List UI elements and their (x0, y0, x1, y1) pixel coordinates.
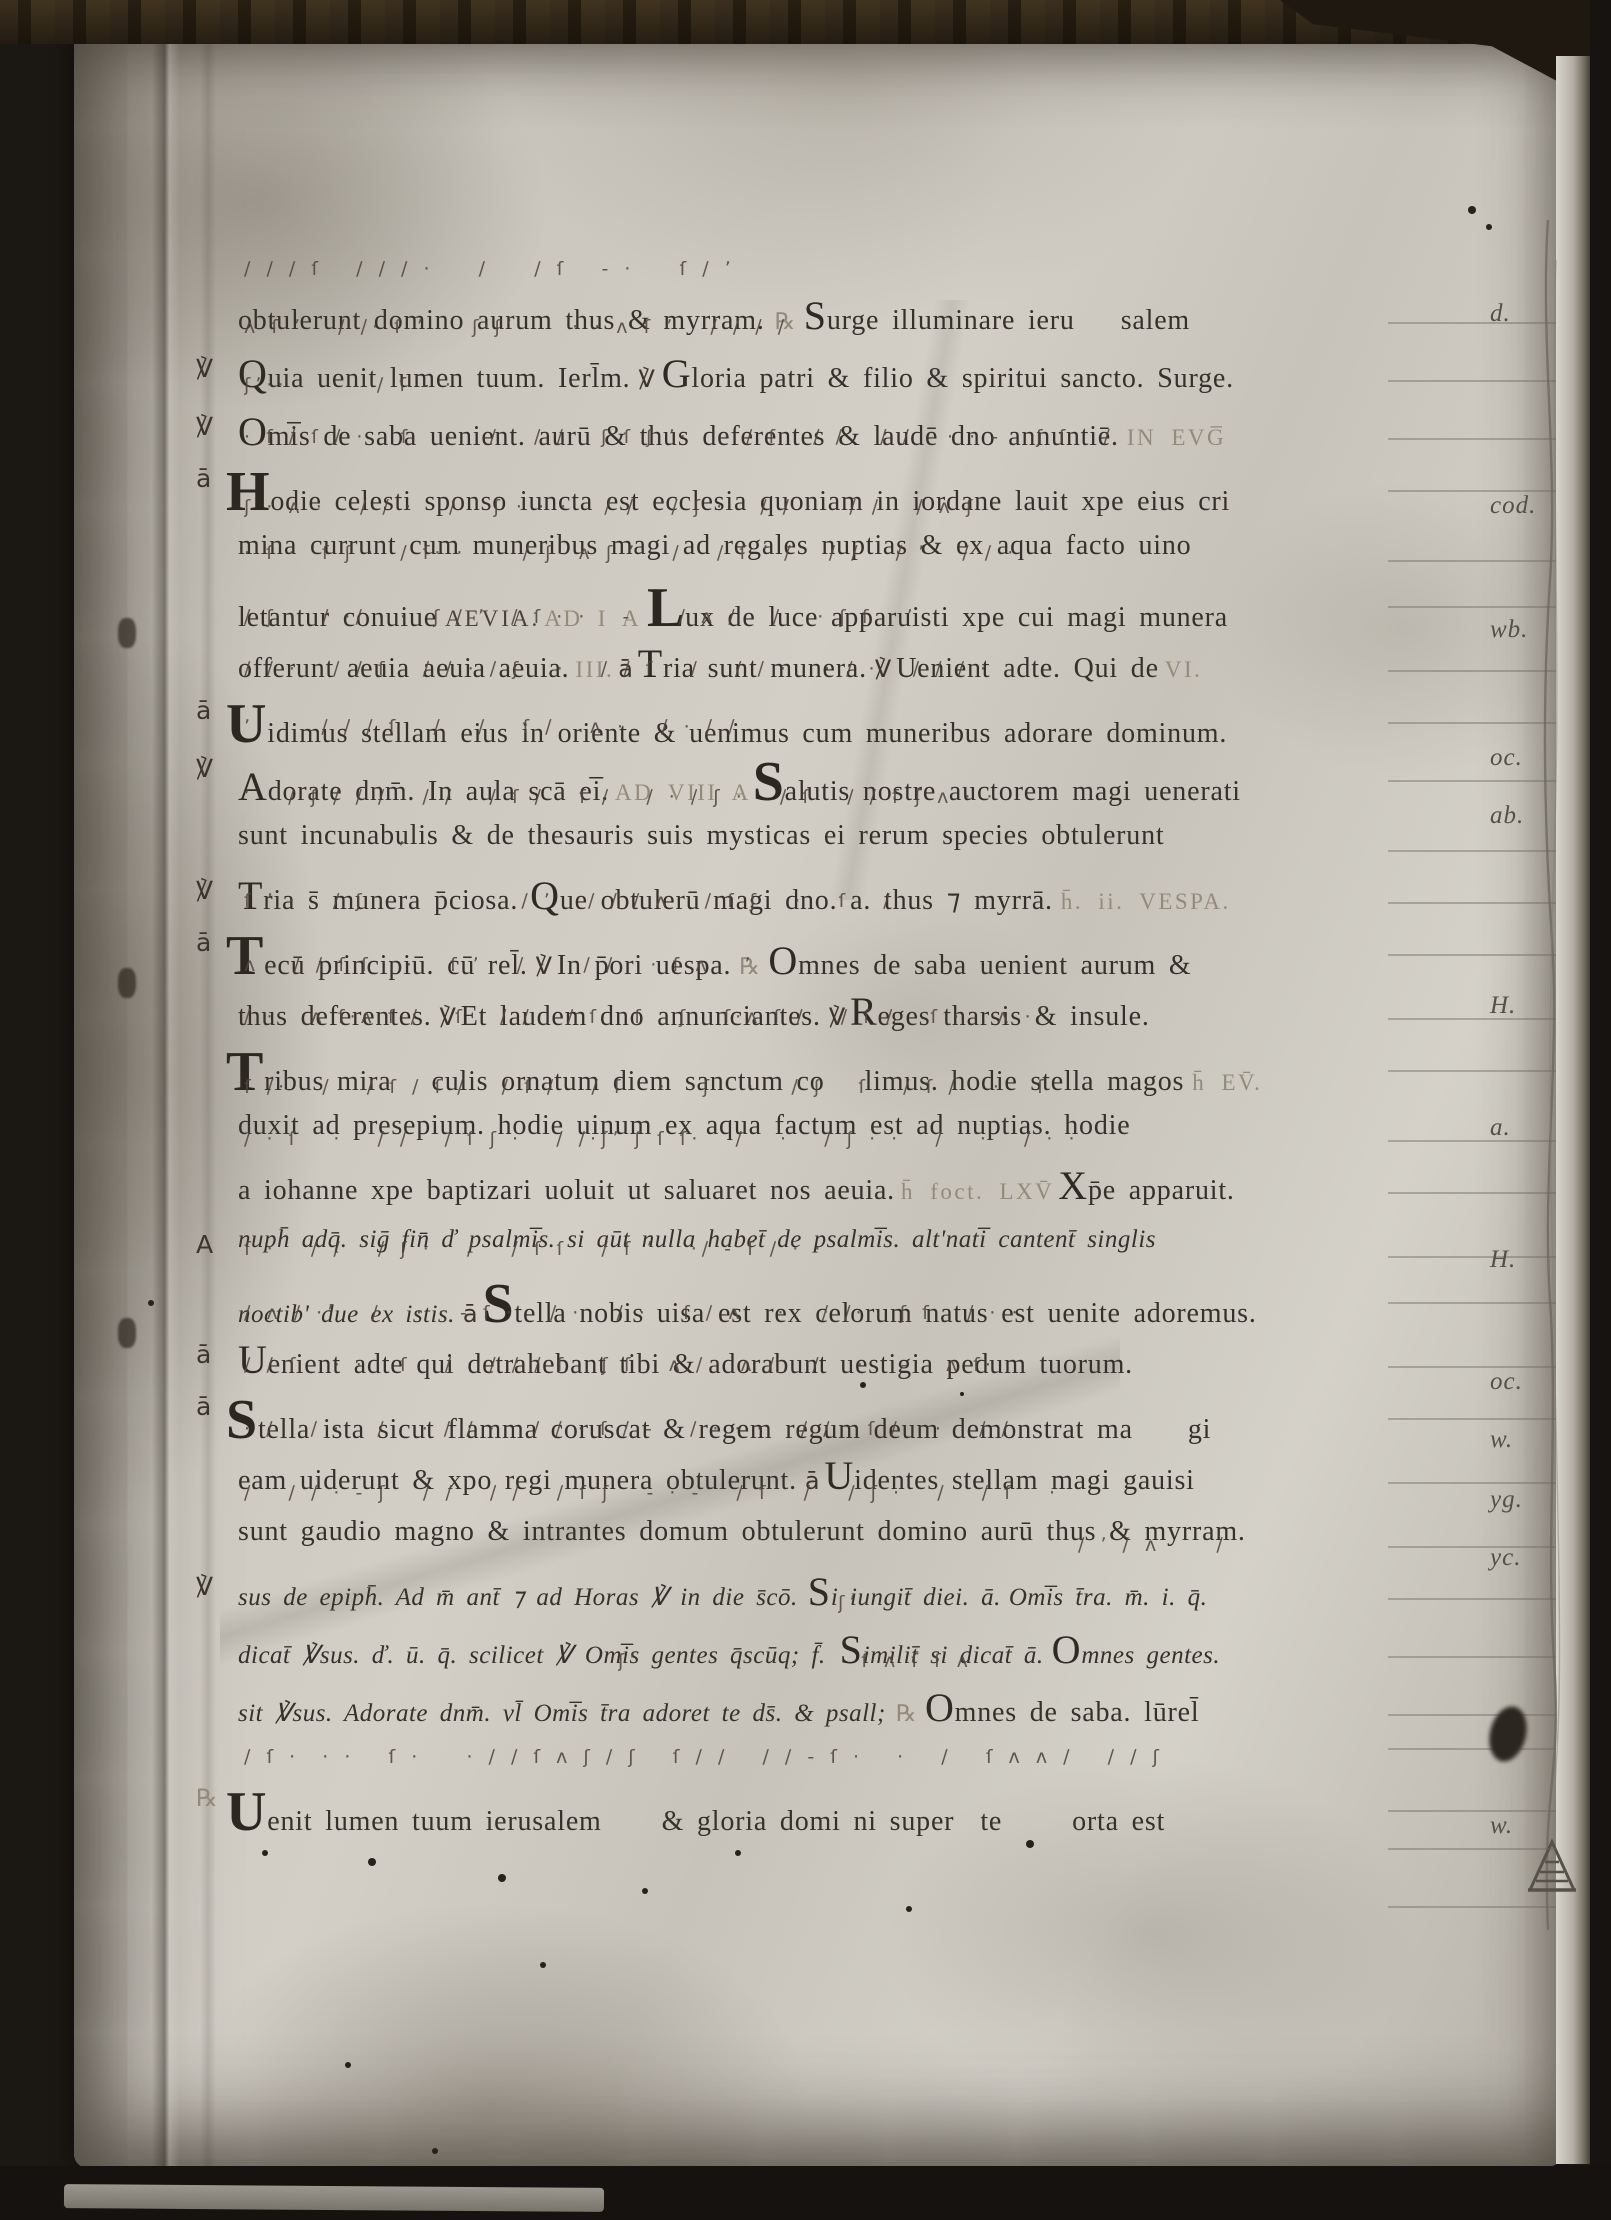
text-segment: sus de epiph̄. Ad m̄ ant̄ ⁊ ad Horas ℣ i… (238, 1584, 798, 1611)
ink-speck (1468, 206, 1476, 214)
ink-speck (368, 1858, 376, 1866)
ruling-line (1388, 380, 1556, 382)
text-block: ∕ ∕ ∕ ſ ∕ ∕ ∕ · ∕ ∕ ſ ‐ · ſ ∕ ʼobtulerun… (238, 0, 1438, 2220)
margin-note: w. (1490, 1426, 1580, 1454)
binding-sewing-mark (118, 618, 136, 648)
neume-row: ʌ ∕ ∕ ſ ſ · ſ ʼ ∕ · ∕ ∕ · ſ ʌ ʼ (244, 954, 1434, 976)
neume-row: ʃʼ·· ∕ ſ ‐ · (244, 374, 1434, 396)
neume-row: ∕ · ſ · ∕ ∕ ∕ ſ ʃ · ∕ ∕·ʃʼ ʃ ſ ſ· ∕ · ∕ … (244, 1128, 1434, 1150)
margin-note: a. (1490, 1114, 1580, 1142)
ruling-line (1388, 780, 1556, 782)
neume-row: ʼ (244, 838, 1434, 860)
ink-speck (860, 1382, 866, 1388)
manuscript-photo: ∕ ∕ ∕ ſ ∕ ∕ ∕ · ∕ ∕ ſ ‐ · ſ ∕ ʼobtulerun… (0, 0, 1611, 2220)
text-segment: ℞ (896, 1701, 919, 1726)
neume-row: · ∕ ∕ · ∕ · ∕ ∕ · ∕ ∕ · ſ ∕ ‐ ∕ · · · ∕ … (244, 1418, 1434, 1440)
text-line: ∕ ſ · · · ſ · · ∕ ∕ ſ ʌ ʃ ∕ ʃ ſ ∕ ∕ ∕ ∕ … (238, 1780, 1438, 1844)
neume-row: ſ ʼ · ∕ ʃ · ∕ ʼ ∕ ∕ ∕ ʌ ∕ ſ ʃ · ſ ∕ (244, 890, 1434, 912)
line-margin-mark: ā (196, 464, 211, 493)
ink-speck (1486, 224, 1492, 230)
text-segment: orta est (1072, 1806, 1165, 1837)
ruling-line (1388, 1906, 1556, 1908)
neume-row: · ſ · ſ ʃ · ∕ ſ· · ∕ ʃ ʌ ʃ ʼ ∕ ∕ ſ ʼ ∕ ∕… (244, 542, 1434, 564)
ruling-line (1388, 1192, 1556, 1194)
neume-row: ſ · ∕ ∕ ∕ ʃ · ∕ ∕ ſ ſ ∕ ſ ʼ ·∕ ‐ ſ ∕ · · (244, 1238, 1434, 1260)
neume-row: ʃʼ ſ ʌ ſ ſ ʌ (618, 1650, 1611, 1672)
margin-monogram-glyph (1520, 1838, 1584, 1896)
text-segment: S (808, 1569, 831, 1614)
text-segment: h̄ foct. LXV̄ (901, 1179, 1054, 1204)
line-margin-mark: ℣ (196, 754, 213, 783)
neume-row: ʃʼ (838, 1592, 1611, 1614)
ink-speck (345, 2062, 351, 2068)
line-margin-mark: ā (196, 696, 211, 725)
neume-row: ʌ ſ ʼ ∕ ∕· ſ ʼ ʃ·ʃʼ · · ʌ ſ ʼ ∕ ∕ ∕ ∕ (244, 316, 1434, 338)
ink-speck (540, 1962, 546, 1968)
line-margin-mark: ā (196, 1392, 211, 1421)
text-segment: sit ℣sus. Adorate dnm̄. vl̄ Omi̅s t̄ra a… (238, 1700, 886, 1727)
neume-row: ∕ ʃ · ∕ ·∕ · · ʃ ∕ ʼ ∕ ſ · · ‐ ∕ ʌ ∕ ∕ ·… (244, 606, 1434, 628)
margin-note: ab. (1490, 802, 1580, 830)
margin-note: d. (1490, 300, 1580, 328)
text-segment: & gloria domi ni super (662, 1806, 955, 1837)
ink-speck (148, 1300, 154, 1306)
line-margin-mark: ā (196, 1340, 211, 1369)
ink-speck (262, 1850, 268, 1856)
ruling-line (1388, 1848, 1556, 1850)
ink-speck (1026, 1840, 1034, 1848)
ruling-line (1388, 1482, 1556, 1484)
neume-row: ∕ ∕ ∕ · ‐ ʃ ∕ ∕ ∕ ∕ ∕ ſ ʃ ‐ · ‐ ∕ ſ ∕ ∕ … (244, 1482, 1434, 1504)
ruling-line (1388, 606, 1556, 608)
text-segment: mnes de saba. lūrel̄ (955, 1697, 1200, 1728)
margin-note: w. (1490, 1812, 1580, 1840)
neume-row: ∕ ∕ ∕ ſ ∕ ∕ ∕ · ∕ ∕ ſ ‐ · ſ ∕ ʼ (244, 258, 1434, 280)
line-margin-mark: A (196, 1230, 213, 1259)
ink-speck (642, 1888, 648, 1894)
text-segment: enit lumen tuum ierusalem (267, 1806, 601, 1837)
neume-row: ∕ ſ · · · ſ · · ∕ ∕ ſ ʌ ʃ ∕ ʃ ſ ∕ ∕ ∕ ∕ … (244, 1746, 1434, 1768)
ink-speck (960, 1392, 964, 1396)
line-margin-mark: ℣ (196, 876, 213, 905)
ruling-line (1388, 954, 1556, 956)
ruling-line (1388, 1418, 1556, 1420)
ruling-line (1388, 1598, 1556, 1600)
text-segment: a iohanne xpe baptizari uoluit ut saluar… (238, 1175, 895, 1206)
neume-row: ∕ ∕ · ∕ ∕ ſ ∕ ∕ · ∕ ʃ · ∕ ∕ ſ ∕ ∕ ∕ · · … (244, 658, 1434, 680)
neume-row: ſ ∕· ∕ ∕ ſ ∕ ſ ∕ ∕ ſ ∕ ∕ ſ · ʃ · ∕ ʃ ſ ∕… (244, 1076, 1434, 1098)
neume-row: · ſ ∕ ſ ∕ · ſ · ∕ ∕ ∕ ʃ ſ ʃ ʼ· · ∕ ſ ∕ ∕… (244, 426, 1434, 448)
margin-note: wb. (1490, 616, 1580, 644)
line-margin-mark: ℣ (196, 1572, 213, 1601)
text-line: ∕ · ſ · ∕ ∕ ∕ ſ ʃ · ∕ ∕·ʃʼ ʃ ſ ſ· ∕ · ∕ … (238, 1162, 1438, 1209)
line-margin-mark: ā (196, 928, 211, 957)
neume-row: ʼ ∕ ∕ ∕ ſ ∕ ∕ ſ ∕ ʌ · ∕ · ∕ ∕ (244, 716, 1434, 738)
ruling-line (1388, 850, 1556, 852)
text-segment: te (980, 1806, 1002, 1837)
margin-note: oc. (1490, 1368, 1580, 1396)
neume-row: ∕ ʌ ∕ ·ʼ ∕ · · ‐ ſ · ∕ · ∕ · ſ ∕ ʌ · ∕ ∕… (244, 1302, 1434, 1324)
margin-note: cod. (1490, 492, 1580, 520)
binding-sewing-mark (118, 1318, 136, 1348)
ruling-line (1388, 1070, 1556, 1072)
ink-speck (498, 1874, 506, 1882)
ink-speck (735, 1850, 741, 1856)
text-segment: U (226, 1781, 267, 1843)
gutter-crease-secondary (200, 30, 216, 2168)
margin-note: yc. (1490, 1544, 1580, 1572)
dark-background-right (1590, 0, 1611, 2220)
ruling-line (1388, 560, 1556, 562)
neume-row: ʼ ∕ ʃ ∕ ∕ ∕ ∕ ∕ ∕ ſ ∕ ſ ∕ ∕ · ∕ ʃ · ∕ ſ … (244, 786, 1434, 808)
line-margin-mark: ℣ (196, 412, 213, 441)
fore-edge-wavy-line (1498, 220, 1588, 1940)
text-line: ʃʼ ſ ʌ ſ ſ ʌsit ℣sus. Adorate dnm̄. vl̄ … (238, 1684, 1438, 1731)
ruling-line (1388, 902, 1556, 904)
neume-row: ∕ · ʌ ſ·ʌ ſ ∕ ſ ∕ ∕ ∕ ſ ſ ʃ ſ·ʌ ſ ∕ ∕ ſ … (244, 1006, 1434, 1028)
ruling-line (1388, 438, 1556, 440)
ruling-line (1388, 1656, 1556, 1658)
ink-speck (432, 2148, 438, 2154)
margin-note: yg. (1490, 1486, 1580, 1514)
ruling-line (1388, 722, 1556, 724)
ruling-line (1388, 670, 1556, 672)
ruling-line (1388, 1302, 1556, 1304)
neume-row: ∕ ∕ ſ · · · ſ ∕ ∕ ∕ ∕ ſ ʃ ſ ʌ ∕ ʌ ∕ ∕ · … (244, 1354, 1434, 1376)
text-segment: X (1058, 1163, 1088, 1208)
ruling-line (1388, 1748, 1556, 1750)
line-margin-mark: ℞ (196, 1784, 220, 1812)
gutter-crease (152, 30, 180, 2168)
line-margin-mark: ℣ (196, 354, 213, 383)
margin-note: oc. (1490, 744, 1580, 772)
ink-speck (906, 1906, 912, 1912)
margin-note: H. (1490, 992, 1580, 1020)
neume-row: ʃ · ʌ · ∕ ∕ · ∕ ʃ · · · ∕ ∕ ∕ ʃ · ∕ ∕ · … (244, 496, 1434, 518)
margin-note: H. (1490, 1246, 1580, 1274)
binding-sewing-mark (118, 968, 136, 998)
text-segment: p̄e apparuit. (1088, 1175, 1235, 1206)
ruling-line (1388, 1714, 1556, 1716)
text-segment: O (925, 1685, 955, 1730)
